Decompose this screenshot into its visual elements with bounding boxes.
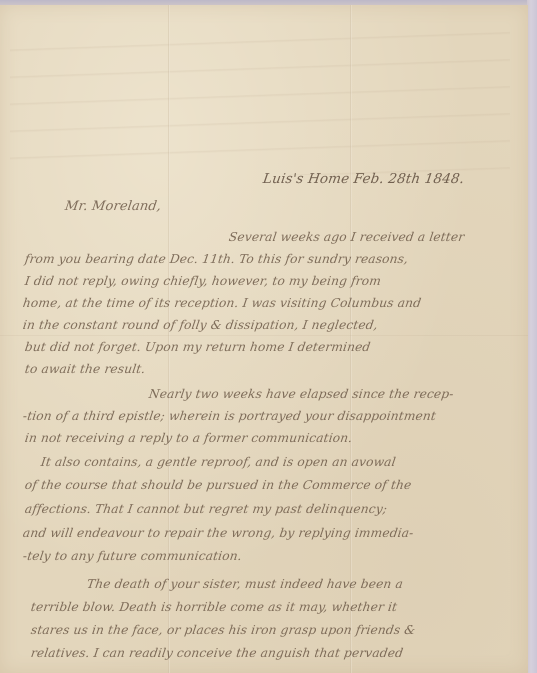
letter-line: but did not forget. Upon my return home …	[24, 340, 371, 354]
salutation: Mr. Moreland,	[64, 199, 162, 214]
bleed-through-ink	[10, 25, 510, 175]
fold-line-left	[168, 5, 170, 673]
letter-line: to await the result.	[24, 362, 146, 376]
letter-line: relatives. I can readily conceive the an…	[30, 646, 404, 660]
dateline: Luis's Home Feb. 28th 1848.	[262, 171, 465, 187]
letter-line: I did not reply, owing chiefly, however,…	[24, 274, 382, 288]
letter-line: affections. That I cannot but regret my …	[24, 502, 388, 516]
fold-line-horizontal	[0, 335, 528, 336]
letter-line: and will endeavour to repair the wrong, …	[22, 526, 414, 540]
letter-line: from you bearing date Dec. 11th. To this…	[24, 252, 409, 266]
scan-backdrop-right	[527, 0, 537, 673]
letter-line: Nearly two weeks have elapsed since the …	[148, 387, 455, 401]
fold-line-right	[350, 5, 352, 673]
letter-line: home, at the time of its reception. I wa…	[22, 296, 422, 310]
letter-page: Luis's Home Feb. 28th 1848. Mr. Moreland…	[0, 5, 528, 673]
letter-line: in the constant round of folly & dissipa…	[22, 318, 379, 332]
letter-line: in not receiving a reply to a former com…	[24, 431, 353, 445]
letter-line: -tion of a third epistle; wherein is por…	[22, 409, 437, 423]
letter-line: stares us in the face, or places his iro…	[30, 623, 416, 637]
letter-line: -tely to any future communication.	[22, 549, 243, 563]
letter-line: The death of your sister, must indeed ha…	[86, 577, 404, 591]
letter-line: terrible blow. Death is horrible come as…	[30, 600, 398, 614]
letter-line: of the course that should be pursued in …	[24, 478, 412, 492]
letter-line: Several weeks ago I received a letter	[228, 230, 465, 244]
letter-line: It also contains, a gentle reproof, and …	[40, 455, 397, 469]
